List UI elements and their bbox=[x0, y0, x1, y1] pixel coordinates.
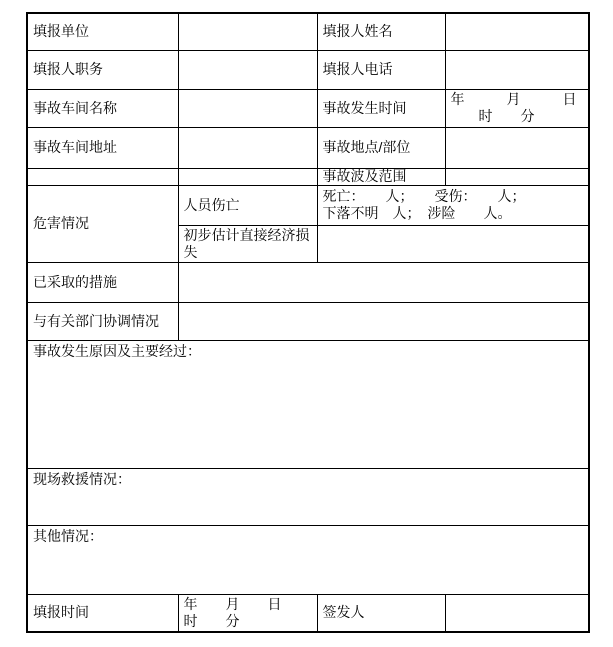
label-economic-loss: 初步估计直接经济损失 bbox=[178, 225, 317, 262]
spacer-cell-2 bbox=[178, 168, 317, 185]
label-report-time: 填报时间 bbox=[27, 594, 178, 632]
field-occurrence-time[interactable]: 年 月 日 时 分 bbox=[445, 89, 589, 127]
field-measures-taken[interactable] bbox=[178, 262, 589, 302]
row-workshop-name: 事故车间名称 事故发生时间 年 月 日 时 分 bbox=[27, 89, 589, 127]
field-report-time[interactable]: 年 月 日 时 分 bbox=[178, 594, 317, 632]
row-measures: 已采取的措施 bbox=[27, 262, 589, 302]
label-coordination: 与有关部门协调情况 bbox=[27, 302, 178, 340]
label-measures-taken: 已采取的措施 bbox=[27, 262, 178, 302]
field-accident-location[interactable] bbox=[445, 127, 589, 168]
row-reporter-title: 填报人职务 填报人电话 bbox=[27, 50, 589, 89]
row-reporting-unit: 填报单位 填报人姓名 bbox=[27, 13, 589, 50]
field-issuer[interactable] bbox=[445, 594, 589, 632]
label-occurrence-time: 事故发生时间 bbox=[317, 89, 445, 127]
row-workshop-address: 事故车间地址 事故地点/部位 bbox=[27, 127, 589, 168]
row-report-time: 填报时间 年 月 日 时 分 签发人 bbox=[27, 594, 589, 632]
field-reporter-name[interactable] bbox=[445, 13, 589, 50]
field-casualties-detail[interactable]: 死亡： 人； 受伤： 人； 下落不明 人； 涉险 人。 bbox=[317, 185, 589, 225]
field-economic-loss[interactable] bbox=[317, 225, 589, 262]
field-other-situation[interactable]: 其他情况： bbox=[27, 525, 589, 594]
label-reporter-title: 填报人职务 bbox=[27, 50, 178, 89]
row-coordination: 与有关部门协调情况 bbox=[27, 302, 589, 340]
field-rescue-situation[interactable]: 现场救援情况： bbox=[27, 468, 589, 525]
field-accident-scope[interactable] bbox=[445, 168, 589, 185]
row-rescue: 现场救援情况： bbox=[27, 468, 589, 525]
spacer-cell-1 bbox=[27, 168, 178, 185]
row-casualties: 危害情况 人员伤亡 死亡： 人； 受伤： 人； 下落不明 人； 涉险 人。 bbox=[27, 185, 589, 225]
label-reporting-unit: 填报单位 bbox=[27, 13, 178, 50]
row-accident-scope: 事故波及范围 bbox=[27, 168, 589, 185]
label-harm-situation: 危害情况 bbox=[27, 185, 178, 262]
field-reporter-title[interactable] bbox=[178, 50, 317, 89]
label-issuer: 签发人 bbox=[317, 594, 445, 632]
accident-report-form: 填报单位 填报人姓名 填报人职务 填报人电话 事故车间名称 事故发生时间 年 月… bbox=[26, 12, 590, 633]
field-reporting-unit[interactable] bbox=[178, 13, 317, 50]
label-workshop-name: 事故车间名称 bbox=[27, 89, 178, 127]
field-workshop-address[interactable] bbox=[178, 127, 317, 168]
row-other: 其他情况： bbox=[27, 525, 589, 594]
row-cause: 事故发生原因及主要经过： bbox=[27, 340, 589, 468]
label-reporter-name: 填报人姓名 bbox=[317, 13, 445, 50]
field-workshop-name[interactable] bbox=[178, 89, 317, 127]
label-accident-scope: 事故波及范围 bbox=[317, 168, 445, 185]
field-cause-and-course[interactable]: 事故发生原因及主要经过： bbox=[27, 340, 589, 468]
label-casualties: 人员伤亡 bbox=[178, 185, 317, 225]
field-coordination[interactable] bbox=[178, 302, 589, 340]
field-reporter-phone[interactable] bbox=[445, 50, 589, 89]
label-workshop-address: 事故车间地址 bbox=[27, 127, 178, 168]
label-reporter-phone: 填报人电话 bbox=[317, 50, 445, 89]
label-accident-location: 事故地点/部位 bbox=[317, 127, 445, 168]
